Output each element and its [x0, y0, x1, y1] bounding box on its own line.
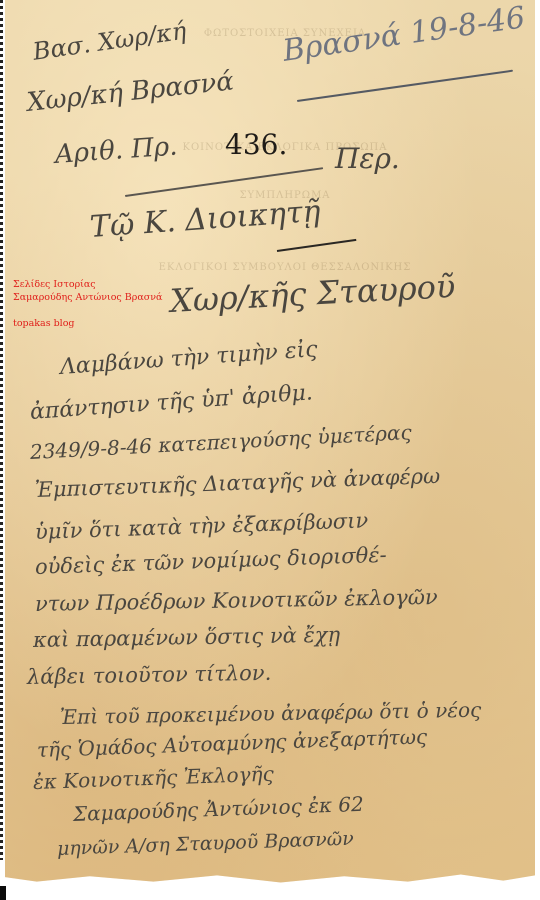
document-page: ΦΩΤΟΣΤΟΙΧΕΙΑ ΣΥΝΕΧΕΙΑ ΚΟΙΝΟΤΙΚΑ ΕΚΛΟΓΙΚΑ… [5, 0, 535, 886]
body-line-8: καὶ παραμένων ὅστις νὰ ἔχῃ [33, 623, 340, 652]
body-line-7: ντων Προέδρων Κοινοτικῶν ἐκλογῶν [35, 585, 438, 616]
watermark-blog: topakas blog [13, 318, 75, 330]
protocol-number: 436. [225, 128, 287, 161]
notation: Περ. [335, 142, 400, 175]
body-line-12: ἐκ Κοινοτικῆς Ἐκλογῆς [33, 762, 275, 794]
body-line-5: ὑμῖν ὅτι κατὰ τὴν ἐξακρίβωσιν [35, 508, 369, 544]
body-line-3: 2349/9-8-46 κατεπειγούσης ὑμετέρας [29, 420, 412, 464]
watermark-subject: Σαμαρούδης Αντώνιος Βρασνά [13, 292, 162, 304]
protocol-label: Αριθ. Πρ. [54, 131, 178, 169]
addressee-line-1: Τῷ Κ. Διοικητῇ [89, 194, 322, 245]
reference-line-2: Χωρ/κή Βρασνά [25, 66, 235, 118]
place-date: Βρασνά 19-8-46 [281, 0, 528, 69]
body-line-4: Ἐμπιστευτικῆς Διαταγῆς νὰ ἀναφέρω [35, 464, 441, 502]
strikethrough-mark [277, 239, 356, 252]
addressee-line-2: Χωρ/κῆς Σταυροῦ [169, 267, 456, 320]
date-underline [297, 70, 513, 102]
body-line-13: Σαμαρούδης Ἀντώνιος ἐκ 62 [73, 792, 365, 826]
reference-line-1: Βασ. Χωρ/κή [31, 17, 188, 66]
scan-left-edge [0, 0, 3, 860]
body-line-6: οὐδεὶς ἐκ τῶν νομίμως διορισθέ- [35, 543, 387, 579]
body-line-9: λάβει τοιοῦτον τίτλον. [27, 661, 272, 689]
watermark-title: Σελίδες Ιστορίας [13, 279, 96, 291]
body-line-11: τῆς Ὁμάδος Αὐτοαμύνης ἀνεξαρτήτως [37, 724, 428, 762]
body-line-2: ἀπάντησιν τῆς ὑπ' ἀριθμ. [29, 380, 313, 425]
body-line-1: Λαμβάνω τὴν τιμὴν εἰς [59, 337, 318, 380]
body-line-14: μηνῶν Α/ση Σταυροῦ Βρασνῶν [57, 828, 355, 860]
scan-corner-mark [0, 886, 6, 900]
